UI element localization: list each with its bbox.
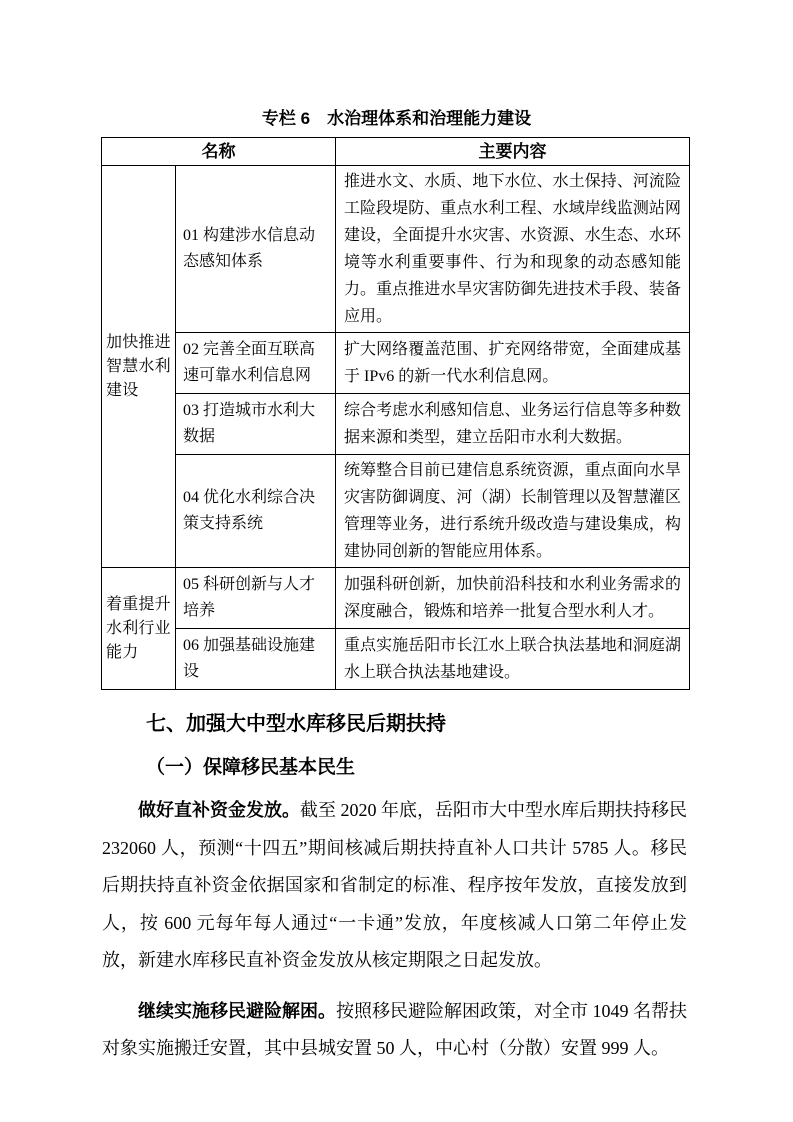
table-row: 04 优化水利综合决策支持系统 统筹整合目前已建信息系统资源，重点面向水旱灾害防… xyxy=(102,455,690,568)
content-cell-06: 重点实施岳阳市长江水上联合执法基地和洞庭湖水上联合执法基地建设。 xyxy=(336,629,690,690)
table-row: 着重提升水利行业能力 05 科研创新与人才培养 加强科研创新，加快前沿科技和水利… xyxy=(102,568,690,629)
header-content-cell: 主要内容 xyxy=(336,138,690,166)
table-row: 加快推进智慧水利建设 01 构建涉水信息动态感知体系 推进水文、水质、地下水位、… xyxy=(102,166,690,333)
section-subheading: （一）保障移民基本民生 xyxy=(146,757,793,779)
item-cell-03: 03 打造城市水利大数据 xyxy=(176,394,336,455)
item-cell-02: 02 完善全面互联高速可靠水利信息网 xyxy=(176,333,336,394)
content-cell-03: 综合考虑水利感知信息、业务运行信息等多种数据来源和类型，建立岳阳市水利大数据。 xyxy=(336,394,690,455)
content-cell-01: 推进水文、水质、地下水位、水土保持、河流险工险段堤防、重点水利工程、水域岸线监测… xyxy=(336,166,690,333)
item-cell-04: 04 优化水利综合决策支持系统 xyxy=(176,455,336,568)
panel-title: 专栏 6 水治理体系和治理能力建设 xyxy=(0,0,793,130)
section-heading: 七、加强大中型水库移民后期扶持 xyxy=(146,712,793,736)
item-cell-05: 05 科研创新与人才培养 xyxy=(176,568,336,629)
table-row: 03 打造城市水利大数据 综合考虑水利感知信息、业务运行信息等多种数据来源和类型… xyxy=(102,394,690,455)
document-page: 专栏 6 水治理体系和治理能力建设 名称 主要内容 加快推进智慧水利建设 01 … xyxy=(0,0,793,1122)
item-cell-01: 01 构建涉水信息动态感知体系 xyxy=(176,166,336,333)
table-header-row: 名称 主要内容 xyxy=(102,138,690,166)
table-row: 06 加强基础设施建设 重点实施岳阳市长江水上联合执法基地和洞庭湖水上联合执法基… xyxy=(102,629,690,690)
paragraph-lead: 做好直补资金发放。 xyxy=(138,800,300,820)
paragraph: 做好直补资金发放。截至 2020 年底，岳阳市大中型水库后期扶持移民 23206… xyxy=(102,792,687,980)
content-cell-02: 扩大网络覆盖范围、扩充网络带宽，全面建成基于 IPv6 的新一代水利信息网。 xyxy=(336,333,690,394)
paragraph: 继续实施移民避险解困。按照移民避险解困政策，对全市 1049 名帮扶对象实施搬迁… xyxy=(102,993,687,1068)
panel-table: 名称 主要内容 加快推进智慧水利建设 01 构建涉水信息动态感知体系 推进水文、… xyxy=(101,137,690,690)
content-cell-05: 加强科研创新，加快前沿科技和水利业务需求的深度融合，锻炼和培养一批复合型水利人才… xyxy=(336,568,690,629)
content-cell-04: 统筹整合目前已建信息系统资源，重点面向水旱灾害防御调度、河（湖）长制管理以及智慧… xyxy=(336,455,690,568)
table-row: 02 完善全面互联高速可靠水利信息网 扩大网络覆盖范围、扩充网络带宽，全面建成基… xyxy=(102,333,690,394)
paragraph-lead: 继续实施移民避险解困。 xyxy=(138,1001,336,1021)
header-name-cell: 名称 xyxy=(102,138,336,166)
paragraph-text: 截至 2020 年底，岳阳市大中型水库后期扶持移民 232060 人，预测“十四… xyxy=(102,800,687,970)
item-cell-06: 06 加强基础设施建设 xyxy=(176,629,336,690)
group-cell-smart-water: 加快推进智慧水利建设 xyxy=(102,166,176,568)
group-cell-industry-capacity: 着重提升水利行业能力 xyxy=(102,568,176,690)
